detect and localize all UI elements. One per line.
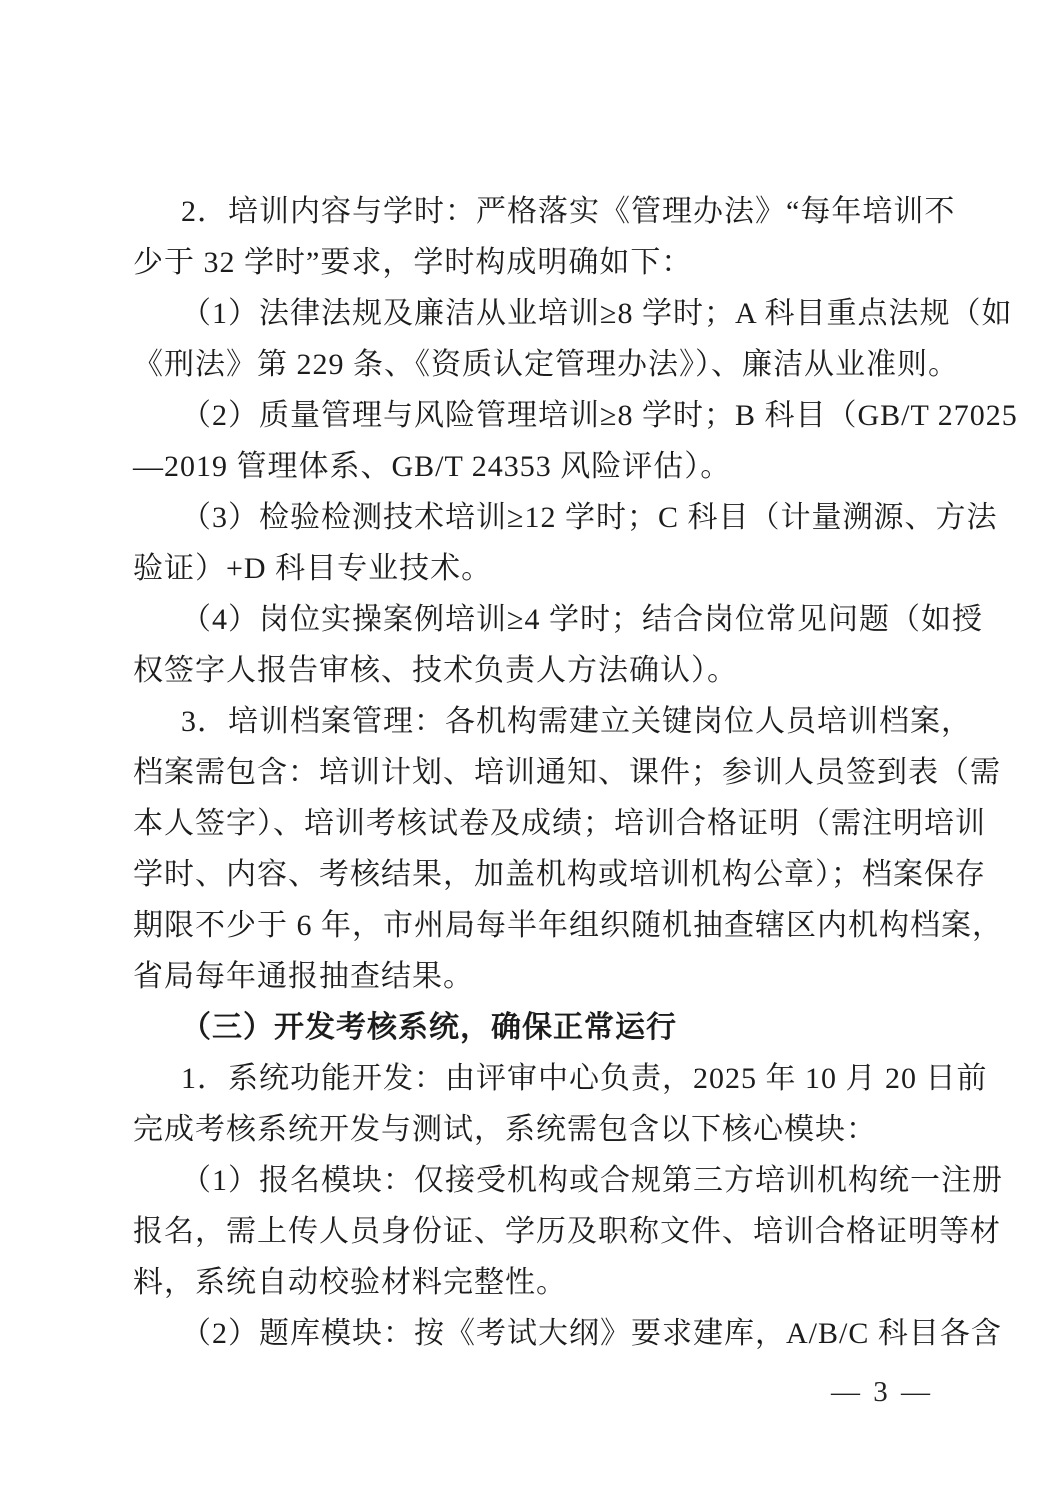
paragraph: 1．系统功能开发：由评审中心负责，2025 年 10 月 20 日前完成考核系统… (133, 1053, 941, 1155)
text-line: 档案需包含：培训计划、培训通知、课件；参训人员签到表（需 (133, 747, 941, 798)
paragraph: （1）报名模块：仅接受机构或合规第三方培训机构统一注册报名，需上传人员身份证、学… (133, 1155, 941, 1308)
text-line: 报名，需上传人员身份证、学历及职称文件、培训合格证明等材 (133, 1206, 941, 1257)
paragraph: （3）检验检测技术培训≥12 学时；C 科目（计量溯源、方法验证）+D 科目专业… (133, 492, 941, 594)
section-heading: （三）开发考核系统，确保正常运行 (133, 1002, 941, 1053)
paragraph: （2）题库模块：按《考试大纲》要求建库，A/B/C 科目各含 (133, 1308, 941, 1359)
text-line: 少于 32 学时”要求，学时构成明确如下： (133, 237, 941, 288)
text-line: （4）岗位实操案例培训≥4 学时；结合岗位常见问题（如授 (133, 594, 941, 645)
text-line: 省局每年通报抽查结果。 (133, 951, 941, 1002)
text-line: 本人签字）、培训考核试卷及成绩；培训合格证明（需注明培训 (133, 798, 941, 849)
document-page: 2．培训内容与学时：严格落实《管理办法》“每年培训不少于 32 学时”要求，学时… (0, 0, 1061, 1500)
paragraph: （1）法律法规及廉洁从业培训≥8 学时；A 科目重点法规（如《刑法》第 229 … (133, 288, 941, 390)
text-line: （1）法律法规及廉洁从业培训≥8 学时；A 科目重点法规（如 (133, 288, 941, 339)
paragraph: （4）岗位实操案例培训≥4 学时；结合岗位常见问题（如授权签字人报告审核、技术负… (133, 594, 941, 696)
page-number: — 3 — (831, 1372, 933, 1412)
text-line: （3）检验检测技术培训≥12 学时；C 科目（计量溯源、方法 (133, 492, 941, 543)
text-line: 2．培训内容与学时：严格落实《管理办法》“每年培训不 (133, 186, 941, 237)
text-line: 《刑法》第 229 条、《资质认定管理办法》）、廉洁从业准则。 (133, 339, 941, 390)
text-line: 验证）+D 科目专业技术。 (133, 543, 941, 594)
text-line: 料，系统自动校验材料完整性。 (133, 1257, 941, 1308)
text-line: （1）报名模块：仅接受机构或合规第三方培训机构统一注册 (133, 1155, 941, 1206)
text-line: 3．培训档案管理：各机构需建立关键岗位人员培训档案， (133, 696, 941, 747)
text-line: （三）开发考核系统，确保正常运行 (133, 1002, 941, 1053)
text-line: 1．系统功能开发：由评审中心负责，2025 年 10 月 20 日前 (133, 1053, 941, 1104)
paragraph: 3．培训档案管理：各机构需建立关键岗位人员培训档案，档案需包含：培训计划、培训通… (133, 696, 941, 1002)
text-line: （2）质量管理与风险管理培训≥8 学时；B 科目（GB/T 27025 (133, 390, 941, 441)
text-line: 权签字人报告审核、技术负责人方法确认）。 (133, 645, 941, 696)
text-line: 期限不少于 6 年，市州局每半年组织随机抽查辖区内机构档案， (133, 900, 941, 951)
text-line: 学时、内容、考核结果，加盖机构或培训机构公章）；档案保存 (133, 849, 941, 900)
text-line: —2019 管理体系、GB/T 24353 风险评估）。 (133, 441, 941, 492)
document-body: 2．培训内容与学时：严格落实《管理办法》“每年培训不少于 32 学时”要求，学时… (133, 186, 941, 1359)
paragraph: 2．培训内容与学时：严格落实《管理办法》“每年培训不少于 32 学时”要求，学时… (133, 186, 941, 288)
text-line: （2）题库模块：按《考试大纲》要求建库，A/B/C 科目各含 (133, 1308, 941, 1359)
paragraph: （2）质量管理与风险管理培训≥8 学时；B 科目（GB/T 27025—2019… (133, 390, 941, 492)
text-line: 完成考核系统开发与测试，系统需包含以下核心模块： (133, 1104, 941, 1155)
